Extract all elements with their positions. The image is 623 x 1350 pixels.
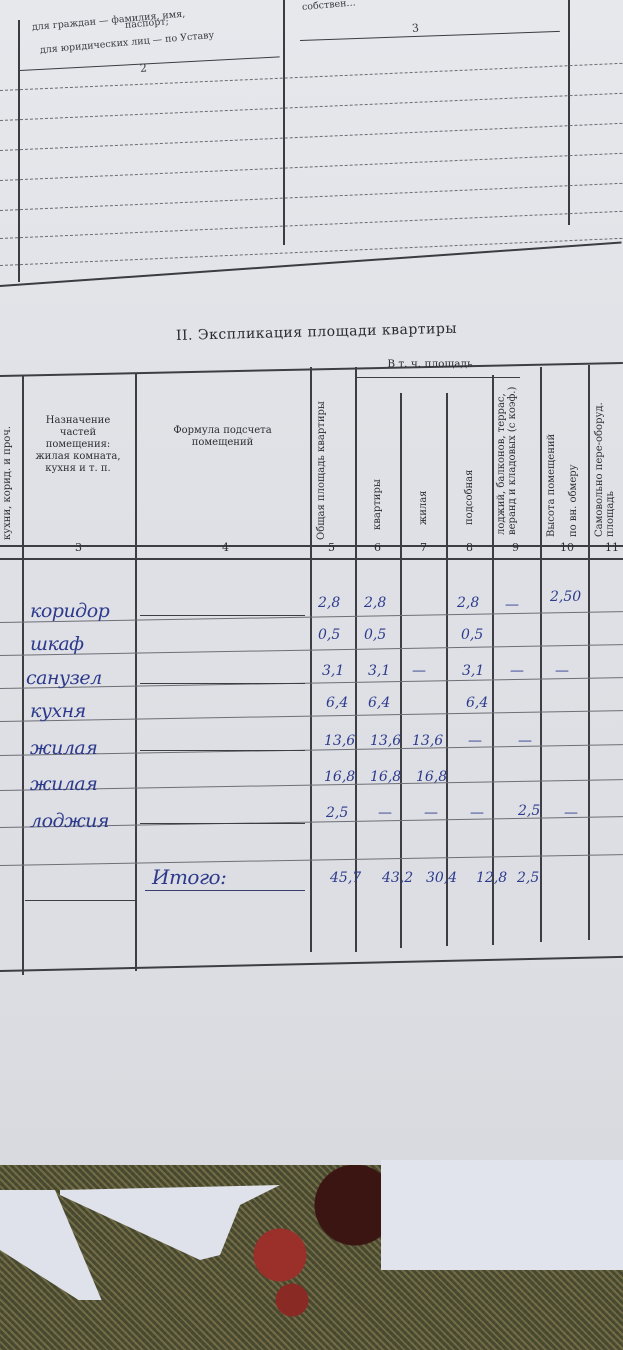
colnum-4: 4 [222,541,229,554]
entry-line [0,153,622,181]
row-2-auxiliary: 0,5 [461,627,483,643]
row-5-apartment: 13,6 [370,733,401,749]
row-3-living: — [412,663,426,679]
header-living: жилая [418,491,430,526]
totals-underline [145,890,305,891]
header-loggias: лоджий, балконов, террас, веранд и кладо… [496,385,518,535]
header-rule [20,56,280,71]
section-rule [0,242,622,287]
header-reequipped: Самовольно пере-оборуд. площадь [594,387,616,537]
totals-label: Итого: [152,865,226,889]
row-7-living: — [424,805,438,821]
left-column-header: кухни, корид. и проч. [2,426,14,540]
section-title: II. Экспликация площади квартиры [176,321,457,344]
row-5-living: 13,6 [412,733,443,749]
row-5-auxiliary: — [468,733,482,749]
formula-blank [140,823,305,824]
totals-auxiliary: 12,8 [476,870,507,886]
group-rule [355,377,520,378]
totals-loggia: 2,5 [517,870,539,886]
colnum-11: 11 [605,541,619,554]
colnum-5: 5 [328,541,335,554]
row-7-name: лоджия [30,810,109,832]
entry-line [0,123,622,151]
row-rule [25,900,135,901]
col2-number: 2 [139,61,147,75]
col-line [446,393,448,946]
row-7-total: 2,5 [326,805,348,821]
row-7-height: — [564,805,578,821]
header-purpose: Назначение частей помещения: жилая комна… [28,415,128,475]
grid-line [568,0,570,225]
totals-living: 30,4 [426,870,457,886]
entry-line [0,211,622,239]
row-7-auxiliary: — [470,805,484,821]
row-4-apartment: 6,4 [368,695,390,711]
col-line [135,373,137,971]
row-5-name: жилая [30,737,97,759]
formula-blank [140,615,305,616]
owner-section: для граждан — фамилия, имя, паспорт; для… [0,0,623,290]
entry-line [0,238,622,266]
row-3-auxiliary: 3,1 [462,663,484,679]
col-line [22,375,24,975]
col-line [400,393,402,948]
header-auxiliary: подсобная [464,470,476,525]
row-6-apartment: 16,8 [370,769,401,785]
col2-header-line3: для юридических лиц — по Уставу [40,30,215,56]
row-2-name: шкаф [30,633,84,655]
colnum-8: 8 [466,541,473,554]
row-7-loggia: 2,5 [518,803,540,819]
col2-header-line2: паспорт; [125,16,170,31]
table-bottom-rule [0,956,623,972]
totals-total: 45,7 [330,870,361,886]
col3-header: собствен... [302,0,356,13]
row-6-name: жилая [30,773,97,795]
row-5-total: 13,6 [324,733,355,749]
row-2-apartment: 0,5 [364,627,386,643]
row-5-loggia: — [518,733,532,749]
col-line [310,367,312,952]
row-3-total: 3,1 [322,663,344,679]
colnum-rule [0,558,623,560]
row-1-total: 2,8 [318,595,340,611]
row-4-auxiliary: 6,4 [466,695,488,711]
row-1-height: 2,50 [550,589,581,605]
colnum-9: 9 [512,541,519,554]
row-4-name: кухня [30,700,86,722]
header-apartment: квартиры [372,479,384,530]
document-sheet: для граждан — фамилия, имя, паспорт; для… [0,0,623,1165]
row-1-name: коридор [30,600,109,622]
row-3-loggia: — [510,663,524,679]
row-3-height: — [555,663,569,679]
formula-blank [140,683,305,684]
col3-number: 3 [411,21,419,35]
explication-table: кухни, корид. и проч. Назначение частей … [0,345,623,985]
colnum-10: 10 [560,541,574,554]
header-rule [300,31,560,41]
loose-paper [381,1160,623,1270]
header-bottom-rule [0,545,623,547]
colnum-3: 3 [75,541,82,554]
row-3-apartment: 3,1 [368,663,390,679]
grid-line [283,0,285,245]
row-1-auxiliary: 2,8 [457,595,479,611]
header-group-area: В т. ч. площадь [380,358,480,370]
col-line [492,375,494,945]
row-6-living: 16,8 [416,769,447,785]
colnum-7: 7 [420,541,427,554]
entry-line [0,93,622,121]
row-7-apartment: — [378,805,392,821]
header-formula: Формула подсчета помещений [145,425,300,449]
header-height-sub: по вн. обмеру [568,464,580,537]
row-1-apartment: 2,8 [364,595,386,611]
header-height: Высота помещений [546,434,558,537]
totals-apartment: 43,2 [382,870,413,886]
row-2-total: 0,5 [318,627,340,643]
header-total-area: Общая площадь квартиры [316,390,328,540]
row-4-total: 6,4 [326,695,348,711]
colnum-6: 6 [374,541,381,554]
row-3-name: санузел [26,667,102,689]
entry-line [0,183,622,211]
row-1-loggia: — [505,597,519,613]
grid-line [18,20,20,282]
col-line [355,367,357,952]
formula-blank [140,750,305,751]
row-6-total: 16,8 [324,769,355,785]
